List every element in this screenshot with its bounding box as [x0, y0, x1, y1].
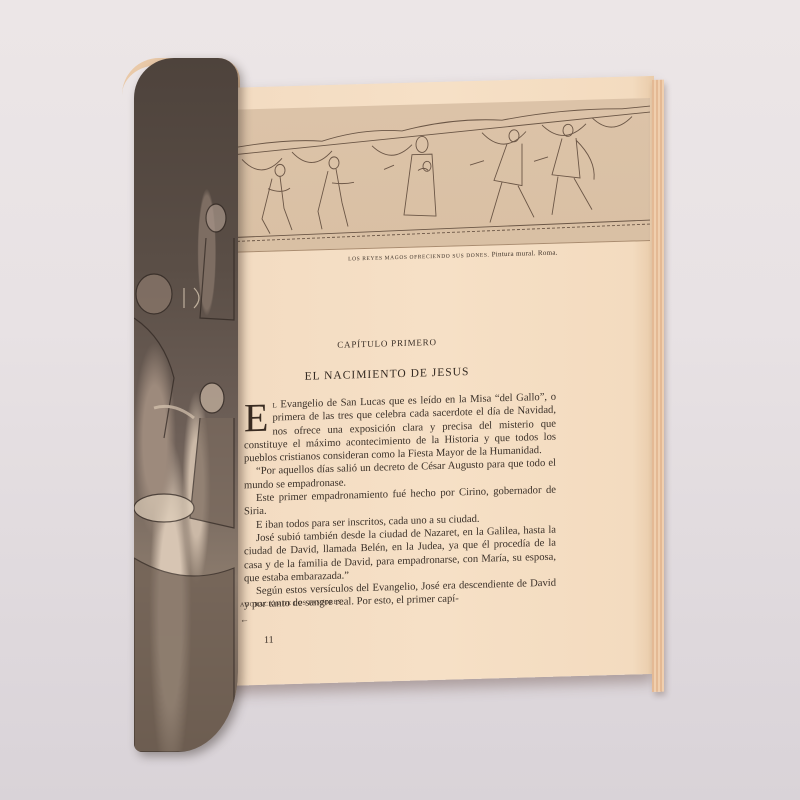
left-arrow-icon: ←: [240, 614, 249, 624]
page-block-edge: [652, 80, 664, 692]
chapter-label: CAPÍTULO PRIMERO: [222, 334, 552, 353]
engraving-plate-adoration: [134, 58, 238, 752]
page-number: 11: [264, 635, 274, 646]
first-letter: l: [272, 399, 276, 410]
mural-illustration: [222, 98, 650, 253]
book-photo: Los Reyes Magos ofreciendo sus dones. Pi…: [0, 0, 800, 800]
paragraph-5: José subió también desde la ciudad de Na…: [244, 524, 556, 586]
body-text: El Evangelio de San Lucas que es leído e…: [244, 391, 556, 612]
paragraph-1: El Evangelio de San Lucas que es leído e…: [244, 391, 556, 466]
paragraph-text: Evangelio de San Lucas que es leído en l…: [244, 392, 556, 465]
caption-rest: Pintura mural. Roma.: [492, 249, 558, 259]
caption-smallcaps: Los Reyes Magos ofreciendo sus dones.: [348, 253, 489, 263]
magi-mural-drawing: [222, 98, 650, 252]
engraving-figures: [134, 58, 238, 752]
right-book-page: Los Reyes Magos ofreciendo sus dones. Pi…: [222, 76, 654, 686]
chapter-title: EL NACIMIENTO DE JESUS: [222, 364, 552, 385]
drop-cap: E: [244, 401, 268, 436]
